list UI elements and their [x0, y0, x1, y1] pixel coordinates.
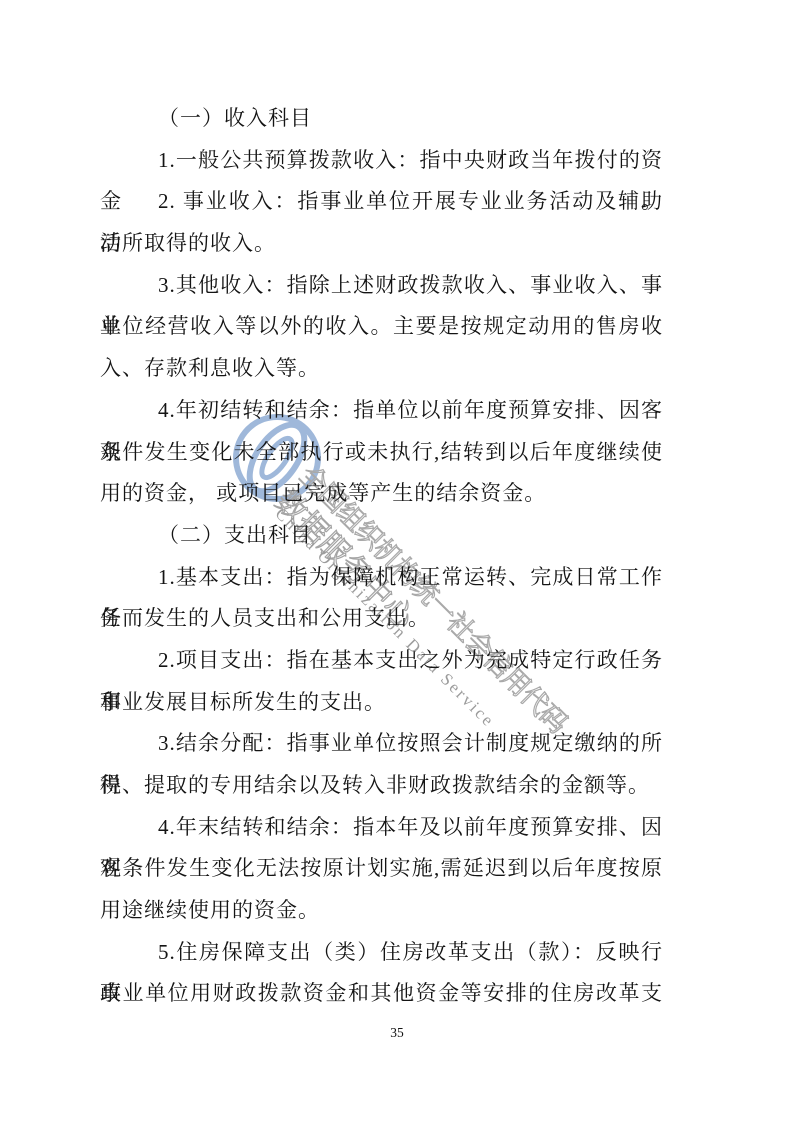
text-line: 动所取得的收入。	[100, 223, 663, 265]
document-body: （一）收入科目1.一般公共预算拨款收入：指中央财政当年拨付的资金。2. 事业收入…	[100, 98, 663, 1015]
text-line: 务而发生的人员支出和公用支出。	[100, 598, 663, 640]
text-line: （二）支出科目	[100, 515, 663, 557]
text-line: 观条件发生变化无法按原计划实施,需延迟到以后年度按原	[100, 848, 663, 890]
text-line: 单位经营收入等以外的收入。主要是按规定动用的售房收	[100, 306, 663, 348]
text-line: 入、存款利息收入等。	[100, 348, 663, 390]
text-line: 事业单位用财政拨款资金和其他资金等安排的住房改革支	[100, 973, 663, 1015]
text-line: 2.项目支出：指在基本支出之外为完成特定行政任务和	[100, 640, 663, 682]
text-line: 4.年初结转和结余：指单位以前年度预算安排、因客观	[100, 390, 663, 432]
text-line: 事业发展目标所发生的支出。	[100, 682, 663, 724]
text-line: 1.基本支出：指为保障机构正常运转、完成日常工作任	[100, 557, 663, 599]
text-line: 3.结余分配：指事业单位按照会计制度规定缴纳的所得	[100, 723, 663, 765]
text-line: 3.其他收入：指除上述财政拨款收入、事业收入、事业	[100, 265, 663, 307]
text-line: 5.住房保障支出（类）住房改革支出（款）：反映行政	[100, 932, 663, 974]
text-line: 条件发生变化未全部执行或未执行,结转到以后年度继续使	[100, 432, 663, 474]
document-page: 全国组织机构统一社会信用代码 数据服务中心 China Organization…	[0, 0, 794, 1123]
text-line: 用途继续使用的资金。	[100, 890, 663, 932]
text-line: 2. 事业收入：指事业单位开展专业业务活动及辅助活	[100, 181, 663, 223]
text-line: 4.年末结转和结余：指本年及以前年度预算安排、因客	[100, 807, 663, 849]
text-line: 用的资金， 或项目已完成等产生的结余资金。	[100, 473, 663, 515]
text-line: 税、提取的专用结余以及转入非财政拨款结余的金额等。	[100, 765, 663, 807]
page-number: 35	[0, 1025, 794, 1041]
text-line: 1.一般公共预算拨款收入：指中央财政当年拨付的资金。	[100, 140, 663, 182]
text-line: （一）收入科目	[100, 98, 663, 140]
